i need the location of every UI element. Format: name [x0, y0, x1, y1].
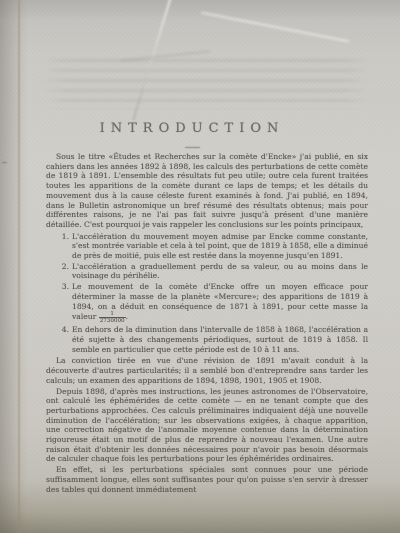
list-item-text: L'accélération du mouvement moyen admise… [72, 232, 368, 261]
list-item: 4. En dehors de la diminution dans l'int… [56, 325, 368, 354]
list-item: 2. L'accélération a graduellement perdu … [56, 262, 368, 281]
list-item-number: 4. [56, 325, 72, 354]
page-left-edge-shadow [0, 0, 28, 533]
fraction-denominator: 2730000 [99, 317, 126, 324]
list-item-text: L'accélération a graduellement perdu de … [72, 262, 368, 281]
paper-crease [132, 0, 173, 120]
paper-crease [120, 50, 210, 61]
list-item-number: 3. [56, 282, 72, 324]
page-title: INTRODUCTION [0, 121, 384, 136]
body-text: Sous le titre «Études et Recherches sur … [46, 152, 368, 496]
paragraph: En effet, si les perturbations spéciales… [46, 465, 368, 494]
paper-crease [201, 12, 349, 43]
list-item-text: En dehors de la diminution dans l'interv… [72, 325, 368, 354]
page-edge-line [18, 0, 20, 533]
list-item-text: Le mouvement de la comète d'Encke offre … [72, 282, 368, 324]
list-item: 1. L'accélération du mouvement moyen adm… [56, 232, 368, 261]
numbered-list: 1. L'accélération du mouvement moyen adm… [56, 232, 368, 355]
mass-fraction: 12730000 [99, 311, 126, 324]
paragraph: Depuis 1898, d'après mes instructions, l… [46, 387, 368, 465]
bleed-through-text [42, 56, 370, 110]
list-item-number: 1. [56, 232, 72, 261]
margin-pencil-mark: ~ [1, 158, 13, 168]
paragraph: Sous le titre «Études et Recherches sur … [46, 152, 368, 230]
title-rule [185, 147, 200, 148]
book-page-photo: ~ INTRODUCTION Sous le titre «Études et … [0, 0, 400, 533]
list-item: 3. Le mouvement de la comète d'Encke off… [56, 282, 368, 324]
paragraph: La conviction tirée en vue d'une révisio… [46, 356, 368, 385]
list-item-text-after: . [126, 312, 128, 321]
list-item-number: 2. [56, 262, 72, 281]
